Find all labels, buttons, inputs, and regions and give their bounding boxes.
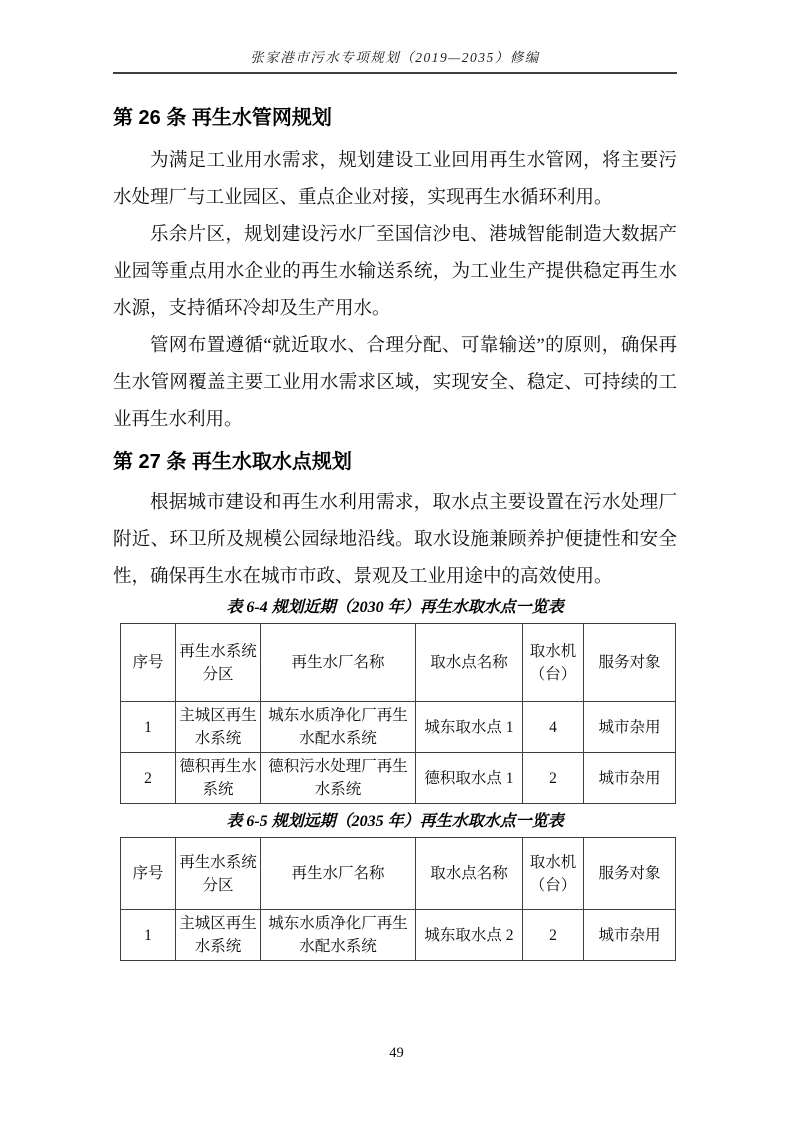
table-header-cell: 取水机（台） (523, 624, 584, 702)
table-header-row: 序号 再生水系统分区 再生水厂名称 取水点名称 取水机（台） 服务对象 (121, 838, 676, 910)
table-header-cell: 序号 (121, 624, 176, 702)
table-header-row: 序号 再生水系统分区 再生水厂名称 取水点名称 取水机（台） 服务对象 (121, 624, 676, 702)
table-header-cell: 服务对象 (584, 838, 676, 910)
table-row: 1 主城区再生水系统 城东水质净化厂再生水配水系统 城东取水点 2 2 城市杂用 (121, 910, 676, 961)
table-6-5-caption: 表 6-5 规划远期（2035 年）再生水取水点一览表 (113, 812, 677, 832)
table-6-5: 序号 再生水系统分区 再生水厂名称 取水点名称 取水机（台） 服务对象 1 主城… (120, 837, 676, 961)
table-cell: 2 (523, 753, 584, 804)
section-heading-26: 第 26 条 再生水管网规划 (113, 103, 677, 133)
table-header-cell: 取水点名称 (416, 838, 523, 910)
table-cell: 主城区再生水系统 (176, 702, 261, 753)
table-cell: 1 (121, 910, 176, 961)
table-cell: 城市杂用 (584, 910, 676, 961)
table-header-cell: 取水机（台） (523, 838, 584, 910)
table-row: 1 主城区再生水系统 城东水质净化厂再生水配水系统 城东取水点 1 4 城市杂用 (121, 702, 676, 753)
page-number: 49 (0, 1045, 793, 1062)
table-cell: 城东取水点 2 (416, 910, 523, 961)
paragraph: 乐余片区，规划建设污水厂至国信沙电、港城智能制造大数据产业园等重点用水企业的再生… (113, 217, 677, 328)
table-cell: 1 (121, 702, 176, 753)
paragraph: 为满足工业用水需求，规划建设工业回用再生水管网，将主要污水处理厂与工业园区、重点… (113, 143, 677, 217)
table-cell: 主城区再生水系统 (176, 910, 261, 961)
table-cell: 4 (523, 702, 584, 753)
section-heading-27: 第 27 条 再生水取水点规划 (113, 447, 677, 477)
table-cell: 城东取水点 1 (416, 702, 523, 753)
table-header-cell: 再生水系统分区 (176, 624, 261, 702)
table-header-cell: 取水点名称 (416, 624, 523, 702)
table-cell: 德积污水处理厂再生水系统 (261, 753, 416, 804)
table-cell: 2 (121, 753, 176, 804)
document-page: 张家港市污水专项规划（2019—2035）修编 第 26 条 再生水管网规划 为… (0, 0, 793, 1122)
table-cell: 城市杂用 (584, 753, 676, 804)
header-rule (113, 72, 677, 74)
table-cell: 德积取水点 1 (416, 753, 523, 804)
table-cell: 城市杂用 (584, 702, 676, 753)
table-row: 2 德积再生水系统 德积污水处理厂再生水系统 德积取水点 1 2 城市杂用 (121, 753, 676, 804)
table-header-cell: 服务对象 (584, 624, 676, 702)
table-6-4-caption: 表 6-4 规划近期（2030 年）再生水取水点一览表 (113, 598, 677, 618)
table-cell: 城东水质净化厂再生水配水系统 (261, 910, 416, 961)
table-header-cell: 序号 (121, 838, 176, 910)
table-header-cell: 再生水系统分区 (176, 838, 261, 910)
paragraph: 管网布置遵循“就近取水、合理分配、可靠输送”的原则，确保再生水管网覆盖主要工业用… (113, 328, 677, 439)
table-header-cell: 再生水厂名称 (261, 624, 416, 702)
paragraph: 根据城市建设和再生水利用需求，取水点主要设置在污水处理厂附近、环卫所及规模公园绿… (113, 485, 677, 596)
table-cell: 2 (523, 910, 584, 961)
table-cell: 城东水质净化厂再生水配水系统 (261, 702, 416, 753)
table-header-cell: 再生水厂名称 (261, 838, 416, 910)
table-cell: 德积再生水系统 (176, 753, 261, 804)
table-6-4: 序号 再生水系统分区 再生水厂名称 取水点名称 取水机（台） 服务对象 1 主城… (120, 623, 676, 804)
running-header-title: 张家港市污水专项规划（2019—2035）修编 (113, 50, 677, 65)
running-header: 张家港市污水专项规划（2019—2035）修编 (113, 0, 677, 74)
